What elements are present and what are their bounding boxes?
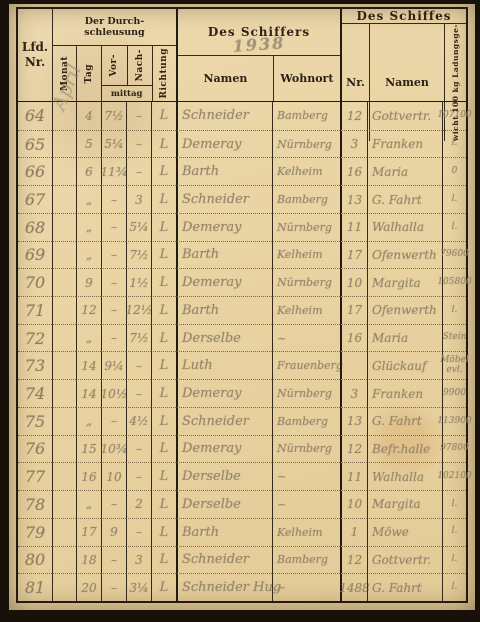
cell-schiffer: Demeray <box>176 435 272 463</box>
cell-schiffer: Demeray <box>176 130 272 158</box>
cell-monat <box>52 518 76 546</box>
durchschleusung-title: Der Durch- schleusung <box>53 9 176 46</box>
cell-vor: 9 <box>101 518 126 546</box>
cell-nr: 74 <box>18 379 52 407</box>
cell-ladung: 113900 <box>442 407 466 435</box>
cell-vor: – <box>101 296 126 324</box>
cell-schiffer: Derselbe <box>176 462 272 490</box>
col-header-schiffer-namen: Namen <box>178 56 273 101</box>
cell-wohnort: ~ <box>272 324 340 352</box>
cell-tag: 12 <box>76 296 101 324</box>
cell-ladung: l. <box>442 573 466 601</box>
cell-schiffer: Schneider <box>176 102 272 130</box>
cell-tag: „ <box>76 213 101 241</box>
cell-nr: 73 <box>18 351 52 379</box>
cell-schiff: Gottvertr. <box>367 102 442 130</box>
table-row: 7112–12½LBarthKelheim17Ofenwerthl. <box>18 296 466 324</box>
cell-ladung: Möbel evl. <box>442 351 466 379</box>
cell-wohnort: Nürnberg <box>272 213 340 241</box>
cell-richtung: L <box>151 213 176 241</box>
cell-tag: 16 <box>76 462 101 490</box>
cell-nach: 2 <box>126 490 151 518</box>
cell-vor: – <box>101 546 126 574</box>
cell-schiff_nr: 13 <box>340 185 367 213</box>
schiffes-title: Des Schiffes <box>342 9 466 24</box>
cell-nr: 81 <box>18 573 52 601</box>
cell-tag: 15 <box>76 435 101 463</box>
cell-vor: – <box>101 490 126 518</box>
cell-tag: „ <box>76 241 101 269</box>
col-header-mittag: mittag <box>102 85 152 101</box>
table-row: 8018–3LSchneiderBamberg12Gottvertr.l. <box>18 546 466 574</box>
cell-monat <box>52 351 76 379</box>
cell-schiff: Glückauf <box>367 351 442 379</box>
cell-schiff: Margita <box>367 268 442 296</box>
cell-ladung: l. <box>442 296 466 324</box>
section-schiffes: Des Schiffes Nr. Namen wicht 100 kg Ladu… <box>340 9 466 101</box>
col-header-monat: Monat <box>53 46 76 101</box>
cell-richtung: L <box>151 379 176 407</box>
cell-nr: 78 <box>18 490 52 518</box>
cell-monat <box>52 407 76 435</box>
cell-schiff_nr: 10 <box>340 490 367 518</box>
cell-vor: 10½ <box>101 379 126 407</box>
cell-nach: – <box>126 130 151 158</box>
cell-wohnort: Kelheim <box>272 157 340 185</box>
register-table: Lfd. Nr. Der Durch- schleusung Monat Tag <box>16 7 468 603</box>
cell-richtung: L <box>151 462 176 490</box>
table-row: 73149¼–LLuthFrauenbergGlückaufMöbel evl. <box>18 351 466 379</box>
cell-tag: 6 <box>76 157 101 185</box>
cell-schiff_nr: 12 <box>340 102 367 130</box>
cell-nach: – <box>126 518 151 546</box>
cell-tag: „ <box>76 490 101 518</box>
cell-vor: – <box>101 213 126 241</box>
cell-vor: 7½ <box>101 102 126 130</box>
table-row: 8120–3¼LSchneider Hug~1488G. Fahrtl. <box>18 573 466 601</box>
cell-schiff_nr: 17 <box>340 296 367 324</box>
cell-ladung: l. <box>442 490 466 518</box>
cell-monat <box>52 102 76 130</box>
cell-nach: 7½ <box>126 324 151 352</box>
cell-monat <box>52 157 76 185</box>
cell-schiff_nr: 10 <box>340 268 367 296</box>
cell-wohnort: Bamberg <box>272 102 340 130</box>
cell-tag: „ <box>76 324 101 352</box>
cell-monat <box>52 324 76 352</box>
cell-nr: 80 <box>18 546 52 574</box>
cell-schiff: Gottvertr. <box>367 546 442 574</box>
cell-schiff_nr: 12 <box>340 435 367 463</box>
cell-tag: „ <box>76 185 101 213</box>
cell-richtung: L <box>151 102 176 130</box>
cell-nach: – <box>126 157 151 185</box>
cell-vor: 10 <box>101 462 126 490</box>
table-row: 66611¾–LBarthKelheim16Maria0 <box>18 157 466 185</box>
cell-schiff: Franken <box>367 379 442 407</box>
cell-schiff_nr: 16 <box>340 157 367 185</box>
cell-schiffer: Schneider <box>176 407 272 435</box>
table-row: 75„–4½LSchneiderBamberg13G. Fahrt113900 <box>18 407 466 435</box>
cell-monat <box>52 296 76 324</box>
cell-nr: 69 <box>18 241 52 269</box>
cell-vor: 5¼ <box>101 130 126 158</box>
cell-nach: 3¼ <box>126 573 151 601</box>
cell-schiffer: Barth <box>176 296 272 324</box>
cell-schiff: Maria <box>367 324 442 352</box>
cell-schiffer: Schneider Hug <box>176 573 272 601</box>
cell-tag: 18 <box>76 546 101 574</box>
cell-nr: 67 <box>18 185 52 213</box>
cell-richtung: L <box>151 268 176 296</box>
table-row: 78„–2LDerselbe~10Margital. <box>18 490 466 518</box>
cell-vor: – <box>101 324 126 352</box>
cell-nach: 12½ <box>126 296 151 324</box>
cell-richtung: L <box>151 185 176 213</box>
cell-nr: 70 <box>18 268 52 296</box>
cell-nr: 66 <box>18 157 52 185</box>
cell-nach: – <box>126 435 151 463</box>
cell-monat <box>52 435 76 463</box>
cell-schiff_nr: 11 <box>340 462 367 490</box>
table-row: 69„–7½LBarthKelheim17Ofenwerth79600 <box>18 241 466 269</box>
cell-schiffer: Luth <box>176 351 272 379</box>
paper-sheet: Lfd. Nr. Der Durch- schleusung Monat Tag <box>9 4 475 610</box>
cell-richtung: L <box>151 407 176 435</box>
section-schiffers: Des Schiffers 1938 Namen Wohnort <box>176 9 340 101</box>
cell-wohnort: Nürnberg <box>272 268 340 296</box>
cell-schiff_nr: 12 <box>340 546 367 574</box>
cell-monat <box>52 546 76 574</box>
cell-tag: 20 <box>76 573 101 601</box>
cell-richtung: L <box>151 518 176 546</box>
section-durchschleusung: Der Durch- schleusung Monat Tag Vor- Nac… <box>52 9 176 101</box>
schiffers-title: Des Schiffers 1938 <box>178 9 340 56</box>
cell-tag: 14 <box>76 351 101 379</box>
cell-richtung: L <box>151 241 176 269</box>
cell-schiff: Walhalla <box>367 462 442 490</box>
cell-nr: 68 <box>18 213 52 241</box>
col-header-vor: Vor- <box>102 46 127 85</box>
table-row: 67„–3LSchneiderBamberg13G. Fahrtl. <box>18 185 466 213</box>
cell-nach: 3 <box>126 185 151 213</box>
cell-ladung: l. <box>442 546 466 574</box>
cell-nach: – <box>126 102 151 130</box>
table-row: 72„–7½LDerselbe~16MariaStein <box>18 324 466 352</box>
scanned-register-page: Lfd. Nr. Der Durch- schleusung Monat Tag <box>0 0 480 622</box>
cell-wohnort: ~ <box>272 462 340 490</box>
cell-monat <box>52 379 76 407</box>
cell-tag: 9 <box>76 268 101 296</box>
cell-nr: 75 <box>18 407 52 435</box>
cell-schiff_nr: 11 <box>340 213 367 241</box>
cell-ladung: 102100 <box>442 462 466 490</box>
cell-schiff: Walhalla <box>367 213 442 241</box>
cell-schiffer: Derselbe <box>176 490 272 518</box>
cell-schiffer: Demeray <box>176 268 272 296</box>
cell-nach: – <box>126 462 151 490</box>
table-rows: 6447½–LSchneiderBamberg12Gottvertr.10710… <box>18 102 466 601</box>
cell-vor: 10¾ <box>101 435 126 463</box>
cell-monat <box>52 213 76 241</box>
cell-nach: – <box>126 379 151 407</box>
cell-tag: 14 <box>76 379 101 407</box>
cell-schiffer: Derselbe <box>176 324 272 352</box>
table-row: 741410½–LDemerayNürnberg3Franken9900 <box>18 379 466 407</box>
cell-tag: 17 <box>76 518 101 546</box>
cell-ladung: l. <box>442 185 466 213</box>
cell-schiff: G. Fahrt <box>367 185 442 213</box>
cell-schiff: Befr.halle <box>367 435 442 463</box>
table-row: 79179–LBarthKelheim1Möwel. <box>18 518 466 546</box>
cell-richtung: L <box>151 546 176 574</box>
cell-schiffer: Barth <box>176 518 272 546</box>
cell-monat <box>52 573 76 601</box>
cell-vor: – <box>101 241 126 269</box>
cell-vor: – <box>101 268 126 296</box>
cell-wohnort: Bamberg <box>272 546 340 574</box>
cell-richtung: L <box>151 490 176 518</box>
cell-schiff: Franken <box>367 130 442 158</box>
cell-nach: 3 <box>126 546 151 574</box>
table-row: 68„–5¼LDemerayNürnberg11Walhallal. <box>18 213 466 241</box>
cell-wohnort: Nürnberg <box>272 379 340 407</box>
cell-nach: 4½ <box>126 407 151 435</box>
cell-schiff_nr: 3 <box>340 130 367 158</box>
cell-schiff_nr <box>340 351 367 379</box>
cell-vor: – <box>101 407 126 435</box>
cell-ladung: 9900 <box>442 379 466 407</box>
cell-nr: 77 <box>18 462 52 490</box>
cell-schiff: G. Fahrt <box>367 407 442 435</box>
table-header: Lfd. Nr. Der Durch- schleusung Monat Tag <box>18 9 466 102</box>
cell-nach: 1½ <box>126 268 151 296</box>
cell-richtung: L <box>151 324 176 352</box>
cell-richtung: L <box>151 573 176 601</box>
cell-monat <box>52 130 76 158</box>
cell-wohnort: Bamberg <box>272 407 340 435</box>
cell-schiffer: Schneider <box>176 546 272 574</box>
cell-vor: 11¾ <box>101 157 126 185</box>
cell-wohnort: Kelheim <box>272 518 340 546</box>
cell-wohnort: Kelheim <box>272 296 340 324</box>
table-row: 771610–LDerselbe~11Walhalla102100 <box>18 462 466 490</box>
cell-nach: 7½ <box>126 241 151 269</box>
cell-schiff: G. Fahrt <box>367 573 442 601</box>
col-header-richtung: Richtung <box>152 46 176 101</box>
col-header-vor-nachmittag: Vor- Nach- mittag <box>101 46 152 101</box>
cell-nr: 72 <box>18 324 52 352</box>
handwritten-year: 1938 <box>232 33 286 56</box>
cell-schiffer: Schneider <box>176 185 272 213</box>
cell-wohnort: Nürnberg <box>272 435 340 463</box>
table-row: 6555¼–LDemerayNürnberg3Frankenl. <box>18 130 466 158</box>
cell-schiff_nr: 16 <box>340 324 367 352</box>
cell-richtung: L <box>151 435 176 463</box>
table-row: 761510¾–LDemerayNürnberg12Befr.halle9780… <box>18 435 466 463</box>
col-header-tag: Tag <box>76 46 100 101</box>
cell-tag: „ <box>76 407 101 435</box>
cell-schiff_nr: 13 <box>340 407 367 435</box>
col-header-nach: Nach- <box>127 46 152 85</box>
cell-ladung: 105800 <box>442 268 466 296</box>
cell-richtung: L <box>151 157 176 185</box>
cell-schiff_nr: 1488 <box>340 573 367 601</box>
cell-wohnort: Nürnberg <box>272 130 340 158</box>
cell-tag: 4 <box>76 102 101 130</box>
cell-wohnort: Kelheim <box>272 241 340 269</box>
cell-schiff: Möwe <box>367 518 442 546</box>
cell-monat <box>52 462 76 490</box>
cell-vor: – <box>101 573 126 601</box>
cell-ladung: l. <box>442 518 466 546</box>
cell-ladung: 0 <box>442 157 466 185</box>
cell-schiff: Ofenwerth <box>367 296 442 324</box>
cell-wohnort: ~ <box>272 490 340 518</box>
cell-nr: 65 <box>18 130 52 158</box>
cell-ladung: 79600 <box>442 241 466 269</box>
cell-nach: 5¼ <box>126 213 151 241</box>
cell-schiff: Ofenwerth <box>367 241 442 269</box>
cell-monat <box>52 490 76 518</box>
schiffers-subheaders: Namen Wohnort <box>178 56 340 101</box>
cell-vor: 9¼ <box>101 351 126 379</box>
cell-vor: – <box>101 185 126 213</box>
cell-monat <box>52 268 76 296</box>
header-lfd-line1: Lfd. <box>22 40 48 55</box>
cell-schiff_nr: 17 <box>340 241 367 269</box>
cell-richtung: L <box>151 130 176 158</box>
cell-schiffer: Barth <box>176 241 272 269</box>
cell-schiffer: Demeray <box>176 213 272 241</box>
cell-nach: – <box>126 351 151 379</box>
cell-wohnort: Frauenberg <box>272 351 340 379</box>
cell-ladung: 97800 <box>442 435 466 463</box>
cell-tag: 5 <box>76 130 101 158</box>
cell-nr: 76 <box>18 435 52 463</box>
cell-schiff: Margita <box>367 490 442 518</box>
cell-wohnort: Bamberg <box>272 185 340 213</box>
cell-wohnort: ~ <box>272 573 340 601</box>
cell-schiffer: Demeray <box>176 379 272 407</box>
cell-schiff_nr: 3 <box>340 379 367 407</box>
cell-richtung: L <box>151 296 176 324</box>
table-row: 709–1½LDemerayNürnberg10Margita105800 <box>18 268 466 296</box>
cell-nr: 64 <box>18 102 52 130</box>
cell-monat <box>52 241 76 269</box>
table-row: 6447½–LSchneiderBamberg12Gottvertr.10710… <box>18 102 466 130</box>
header-lfd-nr: Lfd. Nr. <box>18 9 52 101</box>
cell-nr: 71 <box>18 296 52 324</box>
col-header-wohnort: Wohnort <box>273 56 340 101</box>
cell-schiffer: Barth <box>176 157 272 185</box>
durchschleusung-subheaders: Monat Tag Vor- Nach- mittag Richtung <box>53 46 176 101</box>
cell-ladung: l. <box>442 213 466 241</box>
cell-schiff_nr: 1 <box>340 518 367 546</box>
cell-nr: 79 <box>18 518 52 546</box>
cell-monat <box>52 185 76 213</box>
header-lfd-line2: Nr. <box>25 55 45 70</box>
cell-schiff: Maria <box>367 157 442 185</box>
cell-richtung: L <box>151 351 176 379</box>
cell-ladung: Stein <box>442 324 466 352</box>
